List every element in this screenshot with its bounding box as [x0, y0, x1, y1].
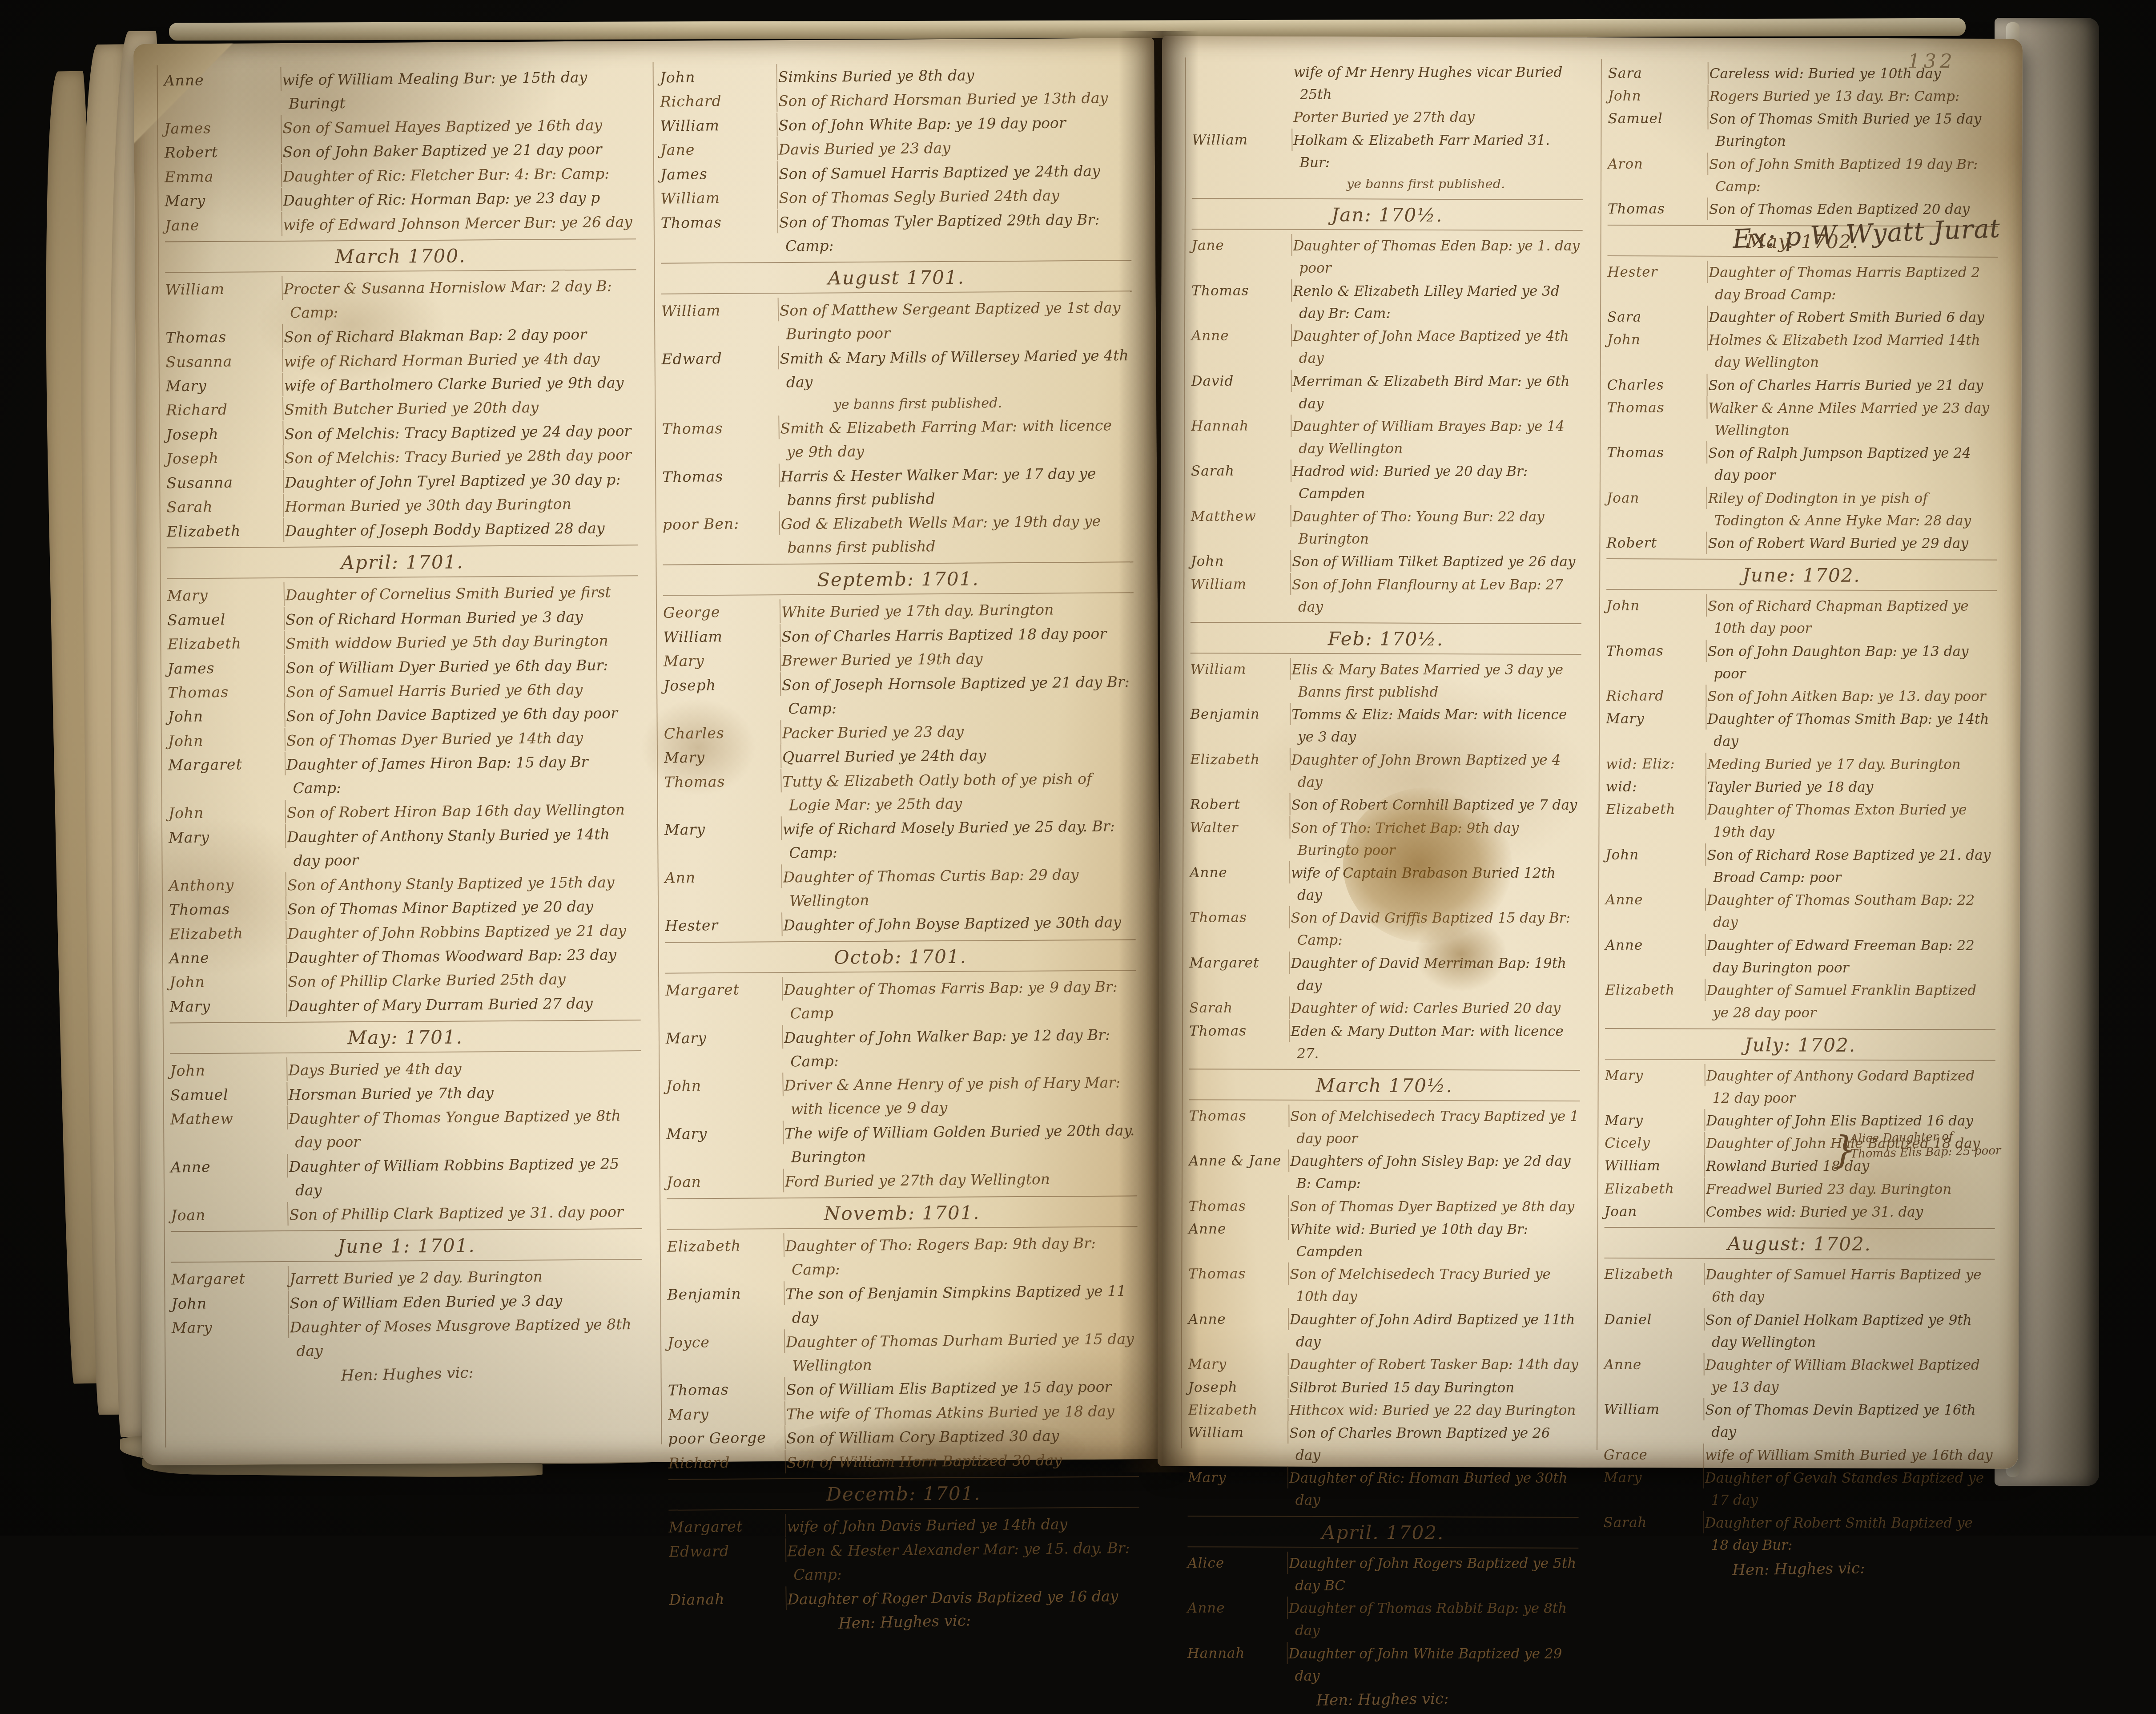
register-entry: Marywife of Bartholmero Clarke Buried ye… — [166, 371, 637, 398]
entry-continuation: ye banns first published. — [1299, 174, 1583, 194]
register-entry: JohnSon of Phillip Clarke Buried 25th da… — [169, 968, 640, 994]
register-entry: ElizabethHithcox wid: Buried ye 22 day B… — [1188, 1399, 1579, 1422]
register-entry: WilliamSon of Charles Brown Baptized ye … — [1188, 1421, 1579, 1467]
entry-first-name: Susanna — [165, 349, 283, 374]
entry-text: Daughter of Ric: Homan Buried ye 30th da… — [1288, 1467, 1579, 1512]
entry-first-name: Margaret — [168, 752, 286, 777]
register-entry: AnneWhite wid: Buried ye 10th day Br: Ca… — [1188, 1218, 1579, 1263]
entry-first-name: John — [169, 969, 287, 994]
entry-text: Son of William Tilket Baptized ye 26 day — [1291, 551, 1581, 573]
register-entry: ThomasSon of Samuel Harris Buried ye 6th… — [168, 678, 639, 704]
register-entry: ElizabethSmith widdow Buried ye 5th day … — [167, 629, 638, 656]
entry-first-name: James — [167, 655, 285, 681]
entry-first-name: Mary — [663, 648, 781, 673]
entry-first-name: Sara — [1608, 62, 1708, 85]
entry-text: Smith & Elizabeth Farring Mar: with lice… — [779, 413, 1133, 464]
entry-text: Son of Robert Cornhill Baptized ye 7 day — [1291, 794, 1581, 816]
register-entry: JohnSon of Richard Rose Baptized ye 21. … — [1605, 843, 1996, 889]
month-section: May. 1702.Ex: p W Wyatt JuratHesterDaugh… — [1606, 225, 1998, 556]
entry-text: Daughter of Anthony Godard Baptized 12 d… — [1705, 1065, 1995, 1109]
entry-text: Son of William Dyer Buried ye 6th day Bu… — [285, 653, 639, 680]
entry-first-name: Thomas — [664, 769, 782, 794]
register-entry: ElizabethDaughter of John Robbins Baptiz… — [169, 919, 640, 946]
entry-first-name: William — [661, 298, 779, 323]
entry-first-name: Anne — [1189, 1218, 1289, 1240]
register-entry: BenjaminTomms & Eliz: Maids Mar: with li… — [1190, 703, 1581, 749]
register-entry: SarahHorman Buried ye 30th day Burington — [166, 492, 637, 519]
register-entry: ThomasWalker & Anne Miles Married ye 23 … — [1607, 396, 1998, 442]
entry-first-name: Joyce — [667, 1329, 785, 1355]
entry-text: Daughter of Robert Smith Baptized ye 18 … — [1704, 1512, 1994, 1536]
entry-text: Horsman Buried ye 7th day — [287, 1079, 641, 1106]
month-header-label: March 170½. — [1316, 1074, 1453, 1097]
register-entry: ThomasSon of Ralph Jumpson Baptized ye 2… — [1606, 441, 1997, 487]
register-entry: ThomasEden & Mary Dutton Mar: with licen… — [1189, 1020, 1580, 1065]
entry-first-name: poor George — [668, 1426, 786, 1451]
entry-first-name — [1192, 60, 1293, 61]
entry-first-name: Richard — [1606, 685, 1706, 707]
entry-first-name: Benjamin — [667, 1281, 785, 1307]
register-entry: SamuelSon of Thomas Smith Buried ye 15 d… — [1608, 108, 1999, 153]
entry-text: Son of William Elis Baptized ye 15 day p… — [785, 1375, 1138, 1402]
register-entry: CharlesSon of Charles Harris Buried ye 2… — [1607, 374, 1998, 397]
entry-first-name: Charles — [1607, 374, 1707, 396]
entry-text: Daughter of Moses Musgrove Baptized ye 8… — [289, 1312, 643, 1363]
month-section: Jan: 170½.JaneDaughter of Thomas Eden Ba… — [1191, 198, 1582, 618]
entry-first-name: William — [1191, 573, 1291, 596]
entry-text: Daughter of William Brayes Bap: ye 14 da… — [1291, 415, 1582, 460]
register-entry: ThomasSon of William Elis Baptized ye 15… — [668, 1375, 1138, 1402]
entry-text: Simkins Buried ye 8th day — [777, 62, 1130, 89]
month-section: Octob: 1701.MargaretDaughter of Thomas F… — [665, 939, 1137, 1194]
register-entry: MaryDaughter of Robert Tasker Bap: 14th … — [1188, 1353, 1579, 1377]
entry-first-name: Joan — [1604, 1200, 1705, 1223]
entry-first-name: Joan — [171, 1202, 289, 1227]
register-entry: SamuelSon of Richard Horman Buried ye 3 … — [167, 605, 638, 632]
register-entry: poor GeorgeSon of William Cory Baptized … — [668, 1424, 1139, 1451]
entry-first-name: wid: Eliz: — [1605, 753, 1706, 775]
register-entry: AnneDaughter of John Adird Baptized ye 1… — [1188, 1308, 1579, 1354]
register-entry: Anne & JaneDaughters of John Sisley Bap:… — [1189, 1150, 1580, 1196]
entry-text: Son of Daniel Holkam Baptized ye 9th day… — [1704, 1309, 1995, 1354]
register-entry: MaryDaughter of Ric: Homan Buried ye 30t… — [1188, 1467, 1579, 1512]
entry-first-name: Jane — [1191, 234, 1292, 257]
month-header: May. 1702.Ex: p W Wyatt Jurat — [1607, 225, 1998, 258]
entry-first-name: Mary — [664, 744, 781, 770]
entry-first-name: Thomas — [169, 896, 287, 922]
entry-text: Holmes & Elizabeth Izod Married 14th day… — [1707, 329, 1998, 374]
entry-text: Daughter of Anthony Stanly Buried ye 14t… — [286, 822, 640, 873]
register-entry: DavidMerriman & Elizabeth Bird Mar: ye 6… — [1191, 370, 1582, 415]
entry-text: Son of Joseph Hornsole Baptized ye 21 da… — [780, 670, 1134, 721]
entry-text: Son of Robert Hiron Bap 16th day Welling… — [286, 798, 640, 825]
entry-text: Son of Thomas Devin Baptized ye 16th day — [1704, 1399, 1995, 1444]
entry-first-name: Thomas — [668, 1377, 785, 1403]
entry-first-name: Anthony — [169, 872, 286, 898]
entry-first-name: William — [660, 113, 778, 138]
entry-text: Merriman & Elizabeth Bird Mar: ye 6th da… — [1292, 370, 1582, 415]
entry-first-name: Hester — [665, 912, 783, 938]
entry-text: Son of Charles Harris Baptized 18 day po… — [780, 621, 1134, 649]
register-entry: Annewife of William Mealing Bur: ye 15th… — [164, 65, 635, 116]
month-header: Decemb: 1701. — [668, 1476, 1139, 1511]
register-column-3: wife of Mr Henry Hughes vicar Buried 25t… — [1181, 57, 1587, 1450]
entry-text: Son of David Griffis Baptized 15 day Br:… — [1290, 907, 1581, 952]
month-section: May: 1701.JohnDays Buried ye 4th daySamu… — [170, 1020, 642, 1227]
entry-text: Daughter of John Tyrel Baptized ye 30 da… — [284, 468, 637, 495]
entry-first-name: James — [164, 115, 282, 141]
register-entry: JoanRiley of Dodington in ye pish of Tod… — [1606, 487, 1997, 532]
register-entry: WilliamProcter & Susanna Hornislow Mar: … — [165, 274, 636, 325]
register-entry: SaraDaughter of Robert Smith Buried 6 da… — [1607, 306, 1998, 329]
entry-first-name: Jane — [165, 212, 282, 238]
register-entry: JamesSon of Samuel Hayes Baptized ye 16t… — [164, 113, 635, 140]
entry-text: Freadwel Buried 23 day. Burington — [1705, 1178, 1995, 1200]
register-book: Annewife of William Mealing Bur: ye 15th… — [27, 18, 2099, 1499]
register-entry: SamuelHorsman Buried ye 7th day — [170, 1080, 641, 1107]
entry-text: Son of John Smith Baptized 19 day Br: Ca… — [1708, 153, 1999, 198]
register-entry: JohnSon of Robert Hiron Bap 16th day Wel… — [169, 798, 640, 825]
entry-text: Daughter of Samuel Harris Baptized ye 6t… — [1705, 1264, 1995, 1309]
register-entry: wid:Tayler Buried ye 18 day — [1605, 775, 1996, 799]
entry-first-name: Mary — [666, 1121, 784, 1146]
entry-first-name: Thomas — [1188, 1263, 1289, 1286]
entry-first-name: Sarah — [1191, 460, 1291, 483]
register-entry: ThomasSon of Melchisedech Tracy Buried y… — [1188, 1263, 1579, 1309]
entry-text: Davis Buried ye 23 day — [777, 134, 1131, 161]
entry-first-name: Mary — [1188, 1353, 1289, 1375]
entry-text: Daughter of John Walker Bap: ye 12 day B… — [783, 1023, 1136, 1074]
entry-first-name: Robert — [164, 139, 282, 165]
entry-text: Daughter of Joseph Boddy Baptized 28 day — [284, 516, 638, 543]
entry-text: The wife of William Golden Buried ye 20t… — [783, 1118, 1137, 1170]
entry-first-name: Elizabeth — [167, 631, 285, 656]
entry-first-name: Anne — [169, 945, 287, 970]
month-header: August 1701. — [661, 260, 1132, 294]
register-entry: JohnHolmes & Elizabeth Izod Married 14th… — [1607, 328, 1998, 374]
entry-first-name: William — [165, 276, 283, 302]
register-entry: MaryDaughter of Anthony Stanly Buried ye… — [169, 823, 640, 873]
register-entry: HesterDaughter of John Boyse Baptized ye… — [665, 911, 1136, 938]
entry-text: Daughter of John Robbins Baptized ye 21 … — [286, 918, 640, 945]
register-entry: JosephSon of Joseph Hornsole Baptized ye… — [663, 670, 1134, 721]
entry-text: Daughter of Robert Smith Buried 6 day — [1708, 307, 1998, 329]
month-section: Annewife of William Mealing Bur: ye 15th… — [164, 65, 636, 237]
month-header-label: Feb: 170½. — [1328, 628, 1444, 650]
month-section: August 1701.WilliamSon of Matthew Sergea… — [661, 260, 1134, 560]
month-section: April: 1701.MaryDaughter of Cornelius Sm… — [167, 544, 640, 1018]
entry-text: Careless wid: Buried ye 10th day — [1708, 63, 1999, 85]
entry-text: Son of Thomas Minor Baptized ye 20 day — [286, 894, 640, 921]
month-section: Decemb: 1701.Margaretwife of John Davis … — [668, 1476, 1140, 1536]
entry-first-name: David — [1191, 370, 1292, 392]
entry-text: Daughters of John Sisley Bap: ye 2d day … — [1289, 1150, 1580, 1195]
register-entry: MaryDaughter of Thomas Smith Bap: ye 14t… — [1606, 708, 1997, 754]
entry-text: Rogers Buried ye 13 day. Br: Camp: — [1708, 85, 1999, 108]
register-entry: Gracewife of William Smith Buried ye 16t… — [1603, 1444, 1994, 1467]
entry-first-name: Elizabeth — [167, 518, 285, 544]
entry-first-name: Elizabeth — [1604, 1263, 1705, 1286]
entry-text: Horman Buried ye 30th day Burington — [284, 492, 637, 519]
entry-text: The son of Benjamin Simpkins Baptized ye… — [784, 1279, 1138, 1330]
entry-text: Daughter of William Blackwel Baptized ye… — [1704, 1354, 1995, 1399]
register-entry: MaryDaughter of Anthony Godard Baptized … — [1605, 1064, 1995, 1110]
entry-text: Walker & Anne Miles Married ye 23 day We… — [1707, 397, 1998, 442]
entry-text: Elis & Mary Bates Married ye 3 day ye Ba… — [1291, 659, 1581, 704]
entry-first-name: William — [1604, 1398, 1704, 1421]
entry-first-name: Mary — [165, 188, 282, 213]
register-entry: Porter Buried ye 27th day — [1192, 106, 1583, 129]
entry-first-name: Anne — [1191, 324, 1292, 347]
month-header-label: June: 1702. — [1742, 564, 1861, 586]
entry-text: Harris & Hester Walker Mar: ye 17 day ye… — [779, 461, 1133, 512]
register-entry: ThomasSon of Thomas Tyler Baptized 29th … — [660, 208, 1131, 258]
month-header: March 170½. — [1189, 1069, 1580, 1101]
entry-first-name: Anne — [1605, 934, 1705, 956]
register-entry: WilliamSon of Matthew Sergeant Baptized … — [661, 296, 1132, 346]
register-entry: HannahDaughter of William Brayes Bap: ye… — [1191, 415, 1582, 460]
entry-first-name: Thomas — [1607, 198, 1708, 220]
register-entry: JamesSon of William Dyer Buried ye 6th d… — [168, 653, 639, 680]
entry-text: Tomms & Eliz: Maids Mar: with licence ye… — [1291, 704, 1581, 749]
entry-first-name: wid: — [1605, 775, 1706, 798]
register-entry: JosephSilbrot Buried 15 day Burington — [1188, 1376, 1579, 1399]
entry-text: Smith Butcher Buried ye 20th day — [283, 395, 637, 422]
entry-text: Renlo & Elizabeth Lilley Maried ye 3d da… — [1292, 280, 1582, 325]
register-entry: MargaretDaughter of Thomas Farris Bap: y… — [665, 975, 1136, 1025]
month-header-label: Jan: 170½. — [1331, 204, 1443, 226]
entry-text: Days Buried ye 4th day — [287, 1055, 641, 1082]
entry-text: Son of John Daughton Bap: ye 13 day poor — [1706, 641, 1997, 686]
entry-text: Son of John Flanflourny at Lev Bap: 27 d… — [1291, 573, 1581, 618]
entry-first-name: Thomas — [660, 210, 778, 235]
register-entry: JosephSon of Melchis: Tracy Baptized ye … — [166, 419, 637, 446]
register-entry: MaryDaughter of Gevah Standes Baptized y… — [1603, 1466, 1994, 1512]
entry-first-name: Margaret — [171, 1266, 289, 1292]
register-entry: MaryDaughter of Ric: Horman Bap: ye 23 d… — [165, 186, 636, 213]
register-entry: ElizabethDaughter of Joseph Boddy Baptiz… — [167, 516, 638, 543]
entry-first-name: William — [1190, 658, 1291, 681]
month-section: Feb: 170½.WilliamElis & Mary Bates Marri… — [1189, 622, 1581, 1065]
entry-first-name: William — [1604, 1154, 1705, 1177]
entry-first-name: Thomas — [1189, 1105, 1289, 1127]
register-entry: WilliamSon of John Flanflourny at Lev Ba… — [1191, 573, 1581, 619]
month-header-label: April: 1701. — [341, 551, 464, 574]
register-entry: JohnDays Buried ye 4th day — [170, 1056, 641, 1082]
entry-first-name: Elizabeth — [169, 921, 287, 946]
entry-text: wife of Bartholmero Clarke Buried ye 9th… — [283, 371, 637, 398]
entry-text: Daughter of John Adird Baptized ye 11th … — [1289, 1309, 1579, 1354]
entry-first-name: John — [666, 1073, 784, 1098]
entry-text: Son of Thomas Smith Buried ye 15 day Bur… — [1708, 108, 1999, 153]
register-entry: ElizabethDaughter of Samuel Harris Bapti… — [1604, 1263, 1995, 1309]
register-entry: JohnRogers Buried ye 13 day. Br: Camp: — [1608, 85, 1999, 108]
entry-first-name: Cicely — [1605, 1132, 1705, 1154]
entry-text: Daughter of James Hiron Bap: 15 day Br C… — [286, 750, 639, 801]
entry-first-name: Margaret — [1189, 952, 1290, 974]
entry-first-name: John — [168, 800, 286, 825]
entry-first-name: Anne — [1188, 1308, 1289, 1331]
entry-first-name: Robert — [1606, 532, 1707, 554]
month-header: Octob: 1701. — [665, 939, 1136, 973]
entry-text: Daughter of John Boyse Baptized ye 30th … — [782, 910, 1136, 937]
entry-first-name: William — [660, 186, 778, 211]
entry-text: wife of William Smith Buried ye 16th day — [1704, 1444, 1995, 1467]
entry-first-name: Mary — [169, 824, 286, 850]
register-entry: JoanFord Buried ye 27th day Wellington — [666, 1167, 1137, 1194]
register-entry: HesterDaughter of Thomas Harris Baptized… — [1607, 261, 1998, 307]
entry-text: Son of Phillip Clark Baptized ye 31. day… — [288, 1200, 642, 1227]
entry-text: Daughter of Thomas Durham Buried ye 15 d… — [784, 1327, 1138, 1378]
entry-first-name: Aron — [1608, 153, 1708, 175]
entry-text: Procter & Susanna Hornislow Mar: 2 day B… — [282, 274, 636, 325]
register-entry: ElizabethFreadwel Buried 23 day. Buringt… — [1604, 1178, 1995, 1201]
entry-text: Son of Charles Brown Baptized ye 26 day — [1288, 1422, 1579, 1467]
entry-text: Porter Buried ye 27th day — [1292, 106, 1583, 129]
month-header-label: July: 1702. — [1744, 1034, 1856, 1056]
month-header: June: 1702. — [1606, 558, 1997, 591]
month-header: August: 1702. — [1604, 1227, 1995, 1260]
month-header-label: August 1701. — [828, 266, 965, 289]
register-entry: JoanSon of Phillip Clark Baptized ye 31.… — [171, 1200, 642, 1227]
month-header-label: August: 1702. — [1727, 1233, 1871, 1255]
entry-first-name: Elizabeth — [1604, 1178, 1705, 1200]
entry-text: Son of Samuel Harris Buried ye 6th day — [285, 677, 639, 704]
register-entry: DanielSon of Daniel Holkam Baptized ye 9… — [1604, 1308, 1995, 1354]
entry-text: Driver & Anne Henry of ye pish of Hary M… — [783, 1070, 1137, 1121]
month-header: April: 1701. — [167, 544, 638, 579]
register-entry: ThomasRenlo & Elizabeth Lilley Maried ye… — [1191, 279, 1582, 325]
entry-first-name: Mary — [1188, 1467, 1288, 1489]
register-entry: EdwardSmith & Mary Mills of Willersey Ma… — [661, 344, 1132, 416]
entry-first-name: Samuel — [170, 1082, 288, 1107]
register-entry: SaraCareless wid: Buried ye 10th day — [1608, 62, 1999, 85]
entry-first-name: Mary — [172, 1315, 290, 1340]
entry-first-name: John — [168, 728, 286, 753]
entry-first-name: Daniel — [1604, 1308, 1704, 1331]
entry-first-name: poor Ben: — [662, 512, 780, 537]
register-entry: MaryDaughter of Moses Musgrove Baptized … — [172, 1313, 643, 1363]
month-section: August: 1702.ElizabethDaughter of Samuel… — [1603, 1227, 1995, 1536]
entry-first-name: Susanna — [166, 470, 284, 495]
entry-first-name: Emma — [165, 164, 282, 189]
entry-text: Daughter of Tho: Rogers Bap: 9th day Br:… — [784, 1231, 1138, 1282]
register-entry: WilliamSon of Charles Harris Baptized 18… — [663, 622, 1134, 649]
entry-text: Daughter of Thomas Smith Bap: ye 14th da… — [1706, 708, 1997, 753]
register-entry: MargaretJarrett Buried ye 2 day. Buringt… — [171, 1265, 642, 1291]
entry-first-name: Thomas — [165, 324, 283, 350]
register-entry: JohnDriver & Anne Henry of ye pish of Ha… — [666, 1071, 1137, 1121]
entry-first-name: Anne — [1190, 861, 1290, 884]
entry-text: Son of Richard Horman Buried ye 3 day — [285, 604, 638, 631]
register-entry: MaryDaughter of John Elis Baptized 16 da… — [1605, 1109, 1995, 1133]
register-entry: WilliamSon of John White Bap: ye 19 day … — [660, 111, 1131, 137]
entry-first-name: Mary — [1605, 1109, 1705, 1132]
register-entry: poor Ben:God & Elizabeth Wells Mar: ye 1… — [662, 510, 1133, 560]
left-page: Annewife of William Mealing Bur: ye 15th… — [133, 38, 1162, 1465]
entry-text: Quarrel Buried ye 24th day — [781, 742, 1134, 769]
entry-text: Silbrot Buried 15 day Burington — [1289, 1376, 1579, 1399]
register-entry: ThomasHarris & Hester Walker Mar: ye 17 … — [662, 462, 1133, 512]
entry-first-name: Sarah — [1603, 1511, 1704, 1534]
register-entry: WilliamSon of Thomas Segly Buried 24th d… — [660, 184, 1131, 210]
month-header-label: March 1700. — [335, 245, 466, 268]
entry-first-name: Mary — [169, 993, 287, 1019]
register-entry: ThomasSmith & Elizabeth Farring Mar: wit… — [662, 414, 1133, 464]
month-section: April. 1702.AliceDaughter of John Rogers… — [1187, 1516, 1578, 1536]
month-header: April. 1702. — [1187, 1516, 1578, 1536]
entry-text: Son of Melchisedech Tracy Buried ye 10th… — [1289, 1263, 1579, 1308]
month-section: wife of Mr Henry Hughes vicar Buried 25t… — [1192, 60, 1583, 195]
month-header-label: June 1: 1701. — [338, 1235, 475, 1258]
entry-first-name: Joan — [1606, 487, 1707, 509]
entry-first-name: Charles — [664, 720, 781, 746]
month-section: Septemb: 1701.GeorgeWhite Buried ye 17th… — [663, 562, 1136, 938]
register-entry: MaryDaughter of Mary Durram Buried 27 da… — [169, 992, 640, 1018]
register-entry: MargaretDaughter of David Merriman Bap: … — [1189, 952, 1580, 997]
register-entry: JohnSon of Richard Chapman Baptized ye 1… — [1606, 594, 1997, 640]
register-column-1: Annewife of William Mealing Bur: ye 15th… — [157, 62, 648, 1448]
entry-text: Son of John Davice Baptized ye 6th day p… — [285, 701, 639, 728]
margin-note: Alice Daughter of Thomas Elis Bap: 25 po… — [1850, 1129, 2001, 1162]
register-entry: JamesSon of Samuel Harris Baptized ye 24… — [660, 159, 1131, 186]
entry-text: Son of Richard Horsman Buried ye 13th da… — [777, 86, 1130, 113]
entry-first-name: Samuel — [167, 607, 285, 632]
register-entry: GeorgeWhite Buried ye 17th day. Buringto… — [663, 598, 1134, 625]
month-header-label: Octob: 1701. — [834, 945, 967, 968]
entry-text: Son of John Aitken Bap: ye 13. day poor — [1706, 686, 1997, 708]
entry-first-name: Joseph — [166, 445, 284, 471]
entry-first-name: Elizabeth — [1605, 798, 1706, 821]
register-entry: Susannawife of Richard Horman Buried ye … — [165, 347, 636, 374]
register-column-4: SaraCareless wid: Buried ye 10th dayJohn… — [1597, 59, 2003, 1451]
entry-text: Son of Thomas Tyler Baptized 29th day Br… — [778, 207, 1131, 258]
register-entry: BenjaminThe son of Benjamin Simpkins Bap… — [667, 1279, 1138, 1330]
entry-text: Son of Thomas Dyer Baptized ye 8th day — [1289, 1196, 1580, 1218]
entry-first-name: William — [1188, 1421, 1288, 1444]
register-entry: MaryQuarrel Buried ye 24th day — [664, 742, 1134, 769]
register-entry: AnneDaughter of Edward Freeman Bap: 22 d… — [1605, 934, 1996, 980]
register-entry: MathewDaughter of Thomas Yongue Baptized… — [170, 1104, 641, 1154]
month-header: May: 1701. — [170, 1020, 641, 1054]
register-entry: ThomasSon of Thomas Dyer Baptized ye 8th… — [1189, 1195, 1580, 1218]
right-page: 132 wife of Mr Henry Hughes vicar Buried… — [1158, 36, 2023, 1469]
register-entry: RichardSon of William Horn Baptized 30 d… — [668, 1448, 1139, 1475]
entry-text: Daughter of wid: Carles Buried 20 day — [1290, 997, 1580, 1020]
entry-text: Daughter of Thomas Exton Buried ye 19th … — [1706, 799, 1996, 844]
entry-first-name: John — [171, 1291, 289, 1316]
register-entry: JohnSon of Thomas Dyer Buried ye 14th da… — [168, 726, 639, 753]
entry-text: Son of Robert Ward Buried ye 29 day — [1707, 532, 1997, 555]
entry-first-name: Mary — [668, 1401, 785, 1427]
register-entry: RobertSon of Robert Cornhill Baptized ye… — [1190, 793, 1581, 817]
entry-text: Son of Melchisedech Tracy Baptized ye 1 … — [1289, 1105, 1580, 1150]
entry-first-name: Thomas — [1190, 906, 1290, 929]
entry-text: Daughter of Thomas Curtis Bap: 29 day We… — [782, 862, 1135, 913]
entry-first-name: Matthew — [1191, 505, 1291, 528]
entry-first-name: Joseph — [1188, 1376, 1288, 1399]
register-entry: AnthonySon of Anthony Stanly Baptized ye… — [169, 871, 640, 897]
entry-text: Son of Richard Chapman Baptized ye 10th … — [1706, 595, 1997, 640]
entry-first-name: Thomas — [1607, 441, 1707, 464]
month-header: Jan: 170½. — [1192, 198, 1583, 231]
entry-text: Son of Charles Harris Buried ye 21 day — [1707, 374, 1998, 396]
vicar-signature: Hen: Hughes vic: — [172, 1360, 643, 1389]
register-entry: JaneDaughter of Thomas Eden Bap: ye 1. d… — [1191, 234, 1582, 280]
entry-first-name: Elizabeth — [1190, 748, 1291, 771]
month-section: March 170½.ThomasSon of Melchisedech Tra… — [1188, 1069, 1580, 1512]
register-entry: Marywife of Richard Mosely Buried ye 25 … — [664, 815, 1135, 865]
